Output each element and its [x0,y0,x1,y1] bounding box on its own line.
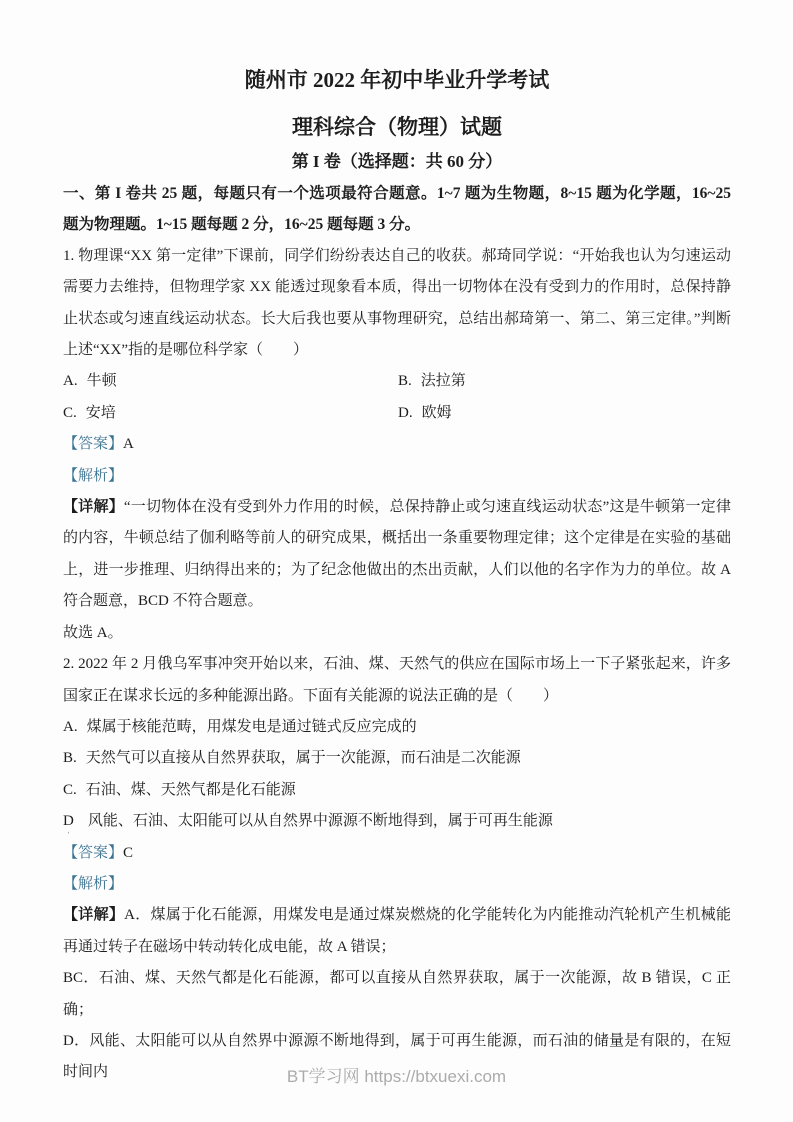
analysis-label: 【解析】 [63,468,123,484]
question-2-detail-1: 【详解】A．煤属于化石能源，用煤发电是通过煤炭燃烧的化学能转化为内能推动汽轮机产… [63,900,731,963]
option-c: C.石油、煤、天然气都是化石能源 [63,775,731,806]
detail-label: 【详解】 [63,499,124,515]
section-header: 第 I 卷（选择题：共 60 分） [63,151,731,172]
question-2-options: A.煤属于核能范畴，用煤发电是通过链式反应完成的 B.天然气可以直接从自然界获取… [63,712,731,838]
option-c-text: 石油、煤、天然气都是化石能源 [86,782,296,798]
question-1-detail: 【详解】“一切物体在没有受到外力作用的时候，总保持静止或匀速直线运动状态”这是牛… [63,492,731,618]
option-b: B.天然气可以直接从自然界获取，属于一次能源，而石油是二次能源 [63,743,731,774]
option-d: D.欧姆 [398,398,731,429]
option-b-label: B. [398,373,412,389]
watermark-footer: BT学习网 https://btxuexi.com [0,1062,793,1087]
option-d: D风能、石油、太阳能可以从自然界中源源不断地得到，属于可再生能源 [63,806,731,837]
option-b: B.法拉第 [398,366,731,397]
answer-label: 【答案】 [63,436,123,452]
question-1-options: A.牛顿 B.法拉第 C.安培 D.欧姆 [63,366,731,429]
option-a: A.牛顿 [63,366,398,397]
exam-page: 随州市 2022 年初中毕业升学考试 理科综合（物理）试题 第 I 卷（选择题：… [0,0,793,1089]
option-a-text: 牛顿 [87,373,117,389]
option-c-label: C. [63,782,77,798]
answer-label: 【答案】 [63,845,123,861]
exam-instructions: 一、第 I 卷共 25 题，每题只有一个选项最符合题意。1~7 题为生物题，8~… [63,178,731,241]
option-d-label: D. [398,405,413,421]
question-2-detail-2: BC．石油、煤、天然气都是化石能源，都可以直接从自然界获取，属于一次能源，故 B… [63,963,731,1026]
option-c-label: C. [63,405,77,421]
option-a-label: A. [63,719,78,735]
question-1-number: 1. [63,248,74,264]
question-2-analysis-row: 【解析】 [63,869,731,900]
option-b-label: B. [63,750,77,766]
question-2-number: 2. [63,656,74,672]
option-a: A.煤属于核能范畴，用煤发电是通过链式反应完成的 [63,712,731,743]
option-d-text: 风能、石油、太阳能可以从自然界中源源不断地得到，属于可再生能源 [88,813,553,829]
exam-title: 随州市 2022 年初中毕业升学考试 [63,66,731,94]
question-1-answer-row: 【答案】A [63,429,731,460]
option-d-text: 欧姆 [422,405,452,421]
question-2-stem: 2. 2022 年 2 月俄乌军事冲突开始以来，石油、煤、天然气的供应在国际市场… [63,649,731,712]
option-b-text: 天然气可以直接从自然界获取，属于一次能源，而石油是二次能源 [86,750,521,766]
exam-subtitle: 理科综合（物理）试题 [63,113,731,141]
question-2-answer-row: 【答案】C [63,838,731,869]
detail-label: 【详解】 [63,907,124,923]
question-1-analysis-row: 【解析】 [63,461,731,492]
analysis-label: 【解析】 [63,876,123,892]
option-a-label: A. [63,373,78,389]
scan-artifact-mark: ˌ [67,824,70,834]
answer-value: A [123,436,134,452]
option-a-text: 煤属于核能范畴，用煤发电是通过链式反应完成的 [87,719,417,735]
question-1-stem: 1. 物理课“XX 第一定律”下课前，同学们纷纷表达自己的收获。郝琦同学说：“开… [63,241,731,367]
option-c: C.安培 [63,398,398,429]
answer-value: C [123,845,133,861]
option-b-text: 法拉第 [421,373,466,389]
question-1-conclusion: 故选 A。 [63,618,731,649]
option-c-text: 安培 [86,405,116,421]
